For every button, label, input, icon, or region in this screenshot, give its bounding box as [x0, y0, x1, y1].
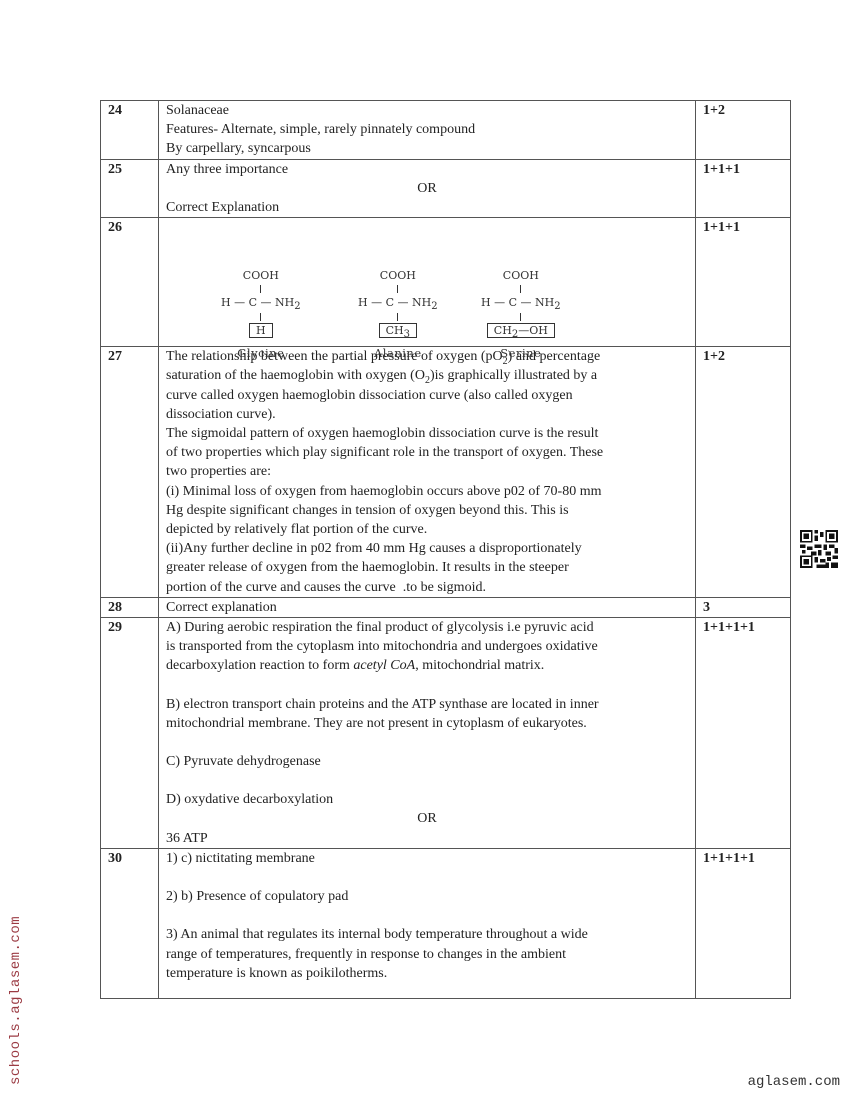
table-row: 26 COOH H — C — NH2 H Glycine COOH H — C… [101, 218, 791, 347]
question-number: 26 [101, 218, 159, 347]
question-number: 29 [101, 618, 159, 849]
table-row: 30 1) c) nictitating membrane 2) b) Pres… [101, 848, 791, 998]
answer-cell: The relationship between the partial pre… [159, 347, 696, 598]
side-watermark: schools.aglasem.com [8, 916, 24, 1085]
question-number: 28 [101, 597, 159, 617]
answer-cell: Solanaceae Features- Alternate, simple, … [159, 101, 696, 160]
marks-cell: 1+1+1 [696, 218, 791, 347]
marking-scheme-table: 24 Solanaceae Features- Alternate, simpl… [100, 100, 791, 999]
glycine-label: Glycine [221, 344, 301, 363]
marks-cell: 3 [696, 597, 791, 617]
marks-cell: 1+1+1+1 [696, 848, 791, 998]
marks-cell: 1+2 [696, 101, 791, 160]
serine-structure: COOH H — C — NH2 CH2—OH Serine [481, 266, 561, 363]
question-number: 24 [101, 101, 159, 160]
footer-watermark: aglasem.com [748, 1074, 840, 1090]
answer-cell: Any three importance OR Correct Explanat… [159, 159, 696, 218]
answer-cell: Correct explanation [159, 597, 696, 617]
answer-cell: COOH H — C — NH2 H Glycine COOH H — C — … [159, 218, 696, 347]
serine-label: Serine [481, 344, 561, 363]
marks-cell: 1+1+1 [696, 159, 791, 218]
question-number: 30 [101, 848, 159, 998]
marks-cell: 1+1+1+1 [696, 618, 791, 849]
table-row: 24 Solanaceae Features- Alternate, simpl… [101, 101, 791, 160]
question-number: 27 [101, 347, 159, 598]
table-row: 25 Any three importance OR Correct Expla… [101, 159, 791, 218]
table-row: 27 The relationship between the partial … [101, 347, 791, 598]
answer-cell: A) During aerobic respiration the final … [159, 618, 696, 849]
qr-code-icon[interactable] [800, 530, 838, 568]
alanine-label: Alanine [358, 344, 438, 363]
table-row: 28 Correct explanation 3 [101, 597, 791, 617]
alanine-structure: COOH H — C — NH2 CH3 Alanine [358, 266, 438, 363]
marks-cell: 1+2 [696, 347, 791, 598]
table-row: 29 A) During aerobic respiration the fin… [101, 618, 791, 849]
answer-cell: 1) c) nictitating membrane 2) b) Presenc… [159, 848, 696, 998]
amino-acid-structures-figure: COOH H — C — NH2 H Glycine COOH H — C — … [166, 218, 688, 346]
glycine-structure: COOH H — C — NH2 H Glycine [221, 266, 301, 363]
question-number: 25 [101, 159, 159, 218]
